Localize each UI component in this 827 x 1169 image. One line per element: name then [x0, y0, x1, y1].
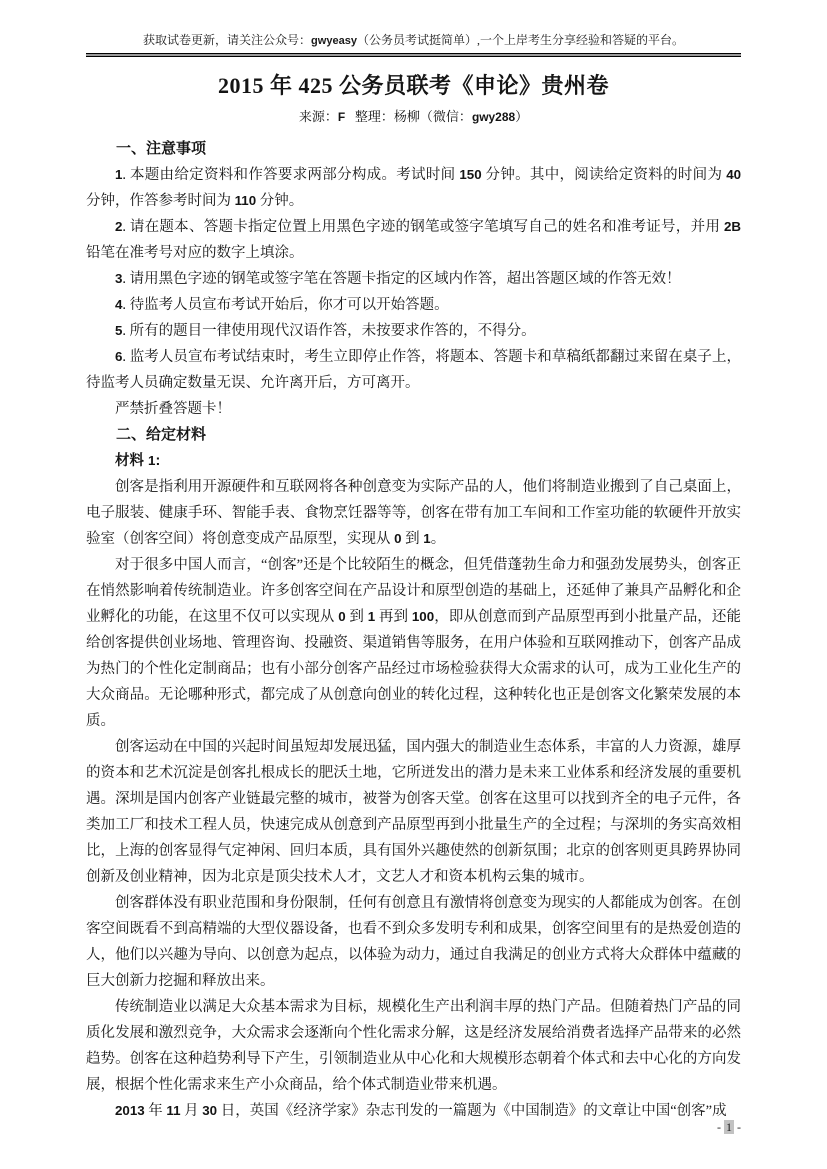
material-paragraph-4: 创客群体没有职业范围和身份限制，任何有创意且有激情将创意变为现实的人都能成为创客… [86, 890, 741, 994]
notice-item-6: 6. 监考人员宣布考试结束时，考生立即停止作答，将题本、答题卡和草稿纸都翻过来留… [86, 344, 741, 396]
header-divider-rule [86, 53, 741, 57]
material-paragraph-1: 创客是指利用开源硬件和互联网将各种创意变为实际产品的人，他们将制造业搬到了自己桌… [86, 474, 741, 552]
notice-warning: 严禁折叠答题卡！ [86, 396, 741, 422]
document-title: 2015 年 425 公务员联考《申论》贵州卷 [86, 72, 741, 100]
material-label: 材料 1: [86, 448, 741, 474]
page-number-dash-left: - [717, 1120, 721, 1134]
document-body: 一、注意事项 1. 本题由给定资料和作答要求两部分构成。考试时间 150 分钟。… [86, 136, 741, 1124]
page-number-dash-right: - [737, 1120, 741, 1134]
material-paragraph-6: 2013 年 11 月 30 日，英国《经济学家》杂志刊发的一篇题为《中国制造》… [86, 1098, 741, 1124]
section-heading-notes: 一、注意事项 [86, 136, 741, 162]
notice-item-5: 5. 所有的题目一律使用现代汉语作答，未按要求作答的，不得分。 [86, 318, 741, 344]
material-paragraph-2: 对于很多中国人而言，“创客”还是个比较陌生的概念，但凭借蓬勃生命力和强劲发展势头… [86, 552, 741, 734]
material-paragraph-3: 创客运动在中国的兴起时间虽短却发展迅猛，国内强大的制造业生态体系，丰富的人力资源… [86, 734, 741, 890]
page-number: 1 [724, 1120, 734, 1134]
section-heading-materials: 二、给定材料 [86, 422, 741, 448]
notice-item-1: 1. 本题由给定资料和作答要求两部分构成。考试时间 150 分钟。其中，阅读给定… [86, 162, 741, 214]
page-header: 获取试卷更新，请关注公众号：gwyeasy（公务员考试挺简单）,一个上岸考生分享… [86, 0, 741, 57]
header-banner-text: 获取试卷更新，请关注公众号：gwyeasy（公务员考试挺简单）,一个上岸考生分享… [86, 0, 741, 49]
notice-item-3: 3. 请用黑色字迹的钢笔或签字笔在答题卡指定的区域内作答，超出答题区域的作答无效… [86, 266, 741, 292]
material-paragraph-5: 传统制造业以满足大众基本需求为目标，规模化生产出利润丰厚的热门产品。但随着热门产… [86, 994, 741, 1098]
page-footer: - 1 - [717, 1119, 741, 1135]
source-line: 来源：F 整理：杨柳（微信：gwy288） [86, 108, 741, 126]
notice-item-4: 4. 待监考人员宣布考试开始后，你才可以开始答题。 [86, 292, 741, 318]
document-page: 获取试卷更新，请关注公众号：gwyeasy（公务员考试挺简单）,一个上岸考生分享… [0, 0, 827, 1169]
notice-item-2: 2. 请在题本、答题卡指定位置上用黑色字迹的钢笔或签字笔填写自己的姓名和准考证号… [86, 214, 741, 266]
